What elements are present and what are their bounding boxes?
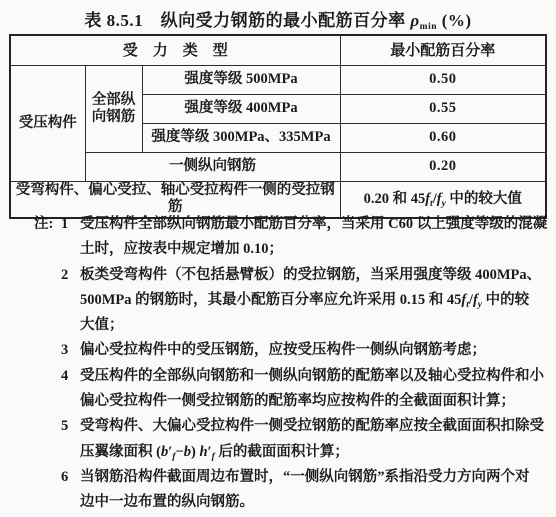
cell-value-400: 0.55 xyxy=(340,95,546,124)
note-item: 1受压构件全部纵向钢筋最小配筋百分率，当采用 C60 以上强度等级的混凝土时，应… xyxy=(61,212,548,263)
note-body: 当钢筋沿构件截面周边布置时，“一侧纵向钢筋”系指沿受力方向两个对边中一边布置的纵… xyxy=(80,465,548,516)
note-number: 6 xyxy=(61,465,80,516)
formula-subscript: min xyxy=(420,22,437,32)
note-item: 4受压构件的全部纵向钢筋和一侧纵向钢筋的配筋率以及轴心受拉构件和小偏心受拉构件一… xyxy=(61,364,548,415)
table-row: 一侧纵向钢筋 0.20 xyxy=(10,153,546,182)
note-line: 偏心受拉构件中的受压钢筋，应按受压构件一侧纵向钢筋考虑； xyxy=(80,338,548,363)
note-line: 大值； xyxy=(80,313,548,338)
text-segment: 受弯构件、大偏心受拉构件一侧受拉钢筋的配筋率应按全截面面积扣除受 xyxy=(80,418,544,434)
text-segment: 中的较 xyxy=(482,292,529,308)
table-title: 表 8.5.1 纵向受力钢筋的最小配筋百分率 ρmin (%) xyxy=(0,6,556,31)
text-segment: (%) xyxy=(437,11,472,30)
header-load-type: 受 力 类 型 xyxy=(10,35,340,66)
table-header-row: 受 力 类 型 最小配筋百分率 xyxy=(10,35,546,66)
text-segment: 板类受弯构件（不包括悬臂板）的受拉钢筋，当采用强度等级 400MPa、 xyxy=(80,267,541,283)
text-segment: ρ xyxy=(410,11,419,30)
note-line: 边中一边布置的纵向钢筋。 xyxy=(80,490,548,515)
text-segment: 大值； xyxy=(80,317,124,333)
note-number: 5 xyxy=(61,414,80,465)
text-segment: 边中一边布置的纵向钢筋。 xyxy=(80,494,254,510)
note-item: 2板类受弯构件（不包括悬臂板）的受拉钢筋，当采用强度等级 400MPa、500M… xyxy=(61,263,548,339)
notes-label: 注: xyxy=(34,212,61,516)
text-segment: 偏心受拉构件一侧受拉钢筋的配筋率均应按构件的全截面面积计算； xyxy=(80,393,515,409)
text-segment: 土时，应按表中规定增加 0.10； xyxy=(80,241,283,257)
text-segment: 当钢筋沿构件截面周边布置时，“一侧纵向钢筋”系指沿受力方向两个对 xyxy=(80,469,530,485)
cell-one-side-longitudinal: 一侧纵向钢筋 xyxy=(85,153,340,182)
note-line: 受压构件的全部纵向钢筋和一侧纵向钢筋的配筋率以及轴心受拉构件和小 xyxy=(80,364,548,389)
text-segment: h xyxy=(199,444,207,460)
cell-all-longitudinal: 全部纵向钢筋 xyxy=(85,66,142,153)
cell-grade-400: 强度等级 400MPa xyxy=(142,95,340,124)
note-body: 受压构件全部纵向钢筋最小配筋百分率，当采用 C60 以上强度等级的混凝土时，应按… xyxy=(80,212,548,263)
text-segment: b xyxy=(184,444,191,460)
text-segment: 偏心受拉构件中的受压钢筋，应按受压构件一侧纵向钢筋考虑； xyxy=(80,342,486,358)
text-segment: 压翼缘面积 ( xyxy=(80,444,161,460)
min-reinforcement-table: 受 力 类 型 最小配筋百分率 受压构件 全部纵向钢筋 强度等级 500MPa … xyxy=(9,34,547,219)
note-body: 受压构件的全部纵向钢筋和一侧纵向钢筋的配筋率以及轴心受拉构件和小偏心受拉构件一侧… xyxy=(80,364,548,415)
cell-value-one-side: 0.20 xyxy=(340,153,546,182)
note-body: 板类受弯构件（不包括悬臂板）的受拉钢筋，当采用强度等级 400MPa、500MP… xyxy=(80,263,548,339)
cell-value-500: 0.50 xyxy=(340,66,546,95)
text-segment: − xyxy=(175,444,183,460)
note-item: 5受弯构件、大偏心受拉构件一侧受拉钢筋的配筋率应按全截面面积扣除受压翼缘面积 (… xyxy=(61,414,548,465)
note-line: 压翼缘面积 (b′f−b) h′f 后的截面面积计算； xyxy=(80,440,548,465)
note-line: 当钢筋沿构件截面周边布置时，“一侧纵向钢筋”系指沿受力方向两个对 xyxy=(80,465,548,490)
text-segment: 表 8.5.1 纵向受力钢筋的最小配筋百分率 xyxy=(84,11,410,30)
cell-grade-500: 强度等级 500MPa xyxy=(142,66,340,95)
scanned-code-page: 表 8.5.1 纵向受力钢筋的最小配筋百分率 ρmin (%) 受 力 类 型 … xyxy=(0,0,556,517)
text-segment: 500MPa 的钢筋时，其最小配筋百分率应允许采用 0.15 和 45 xyxy=(80,292,461,308)
note-number: 3 xyxy=(61,338,80,363)
cell-grade-300-335: 强度等级 300MPa、335MPa xyxy=(142,124,340,153)
note-item: 6当钢筋沿构件截面周边布置时，“一侧纵向钢筋”系指沿受力方向两个对边中一边布置的… xyxy=(61,465,548,516)
note-number: 1 xyxy=(61,212,80,263)
header-min-ratio: 最小配筋百分率 xyxy=(340,35,546,66)
text-segment: 后的截面面积计算； xyxy=(215,444,349,460)
text-segment: 0.20 和 45 xyxy=(364,191,426,207)
note-number: 2 xyxy=(61,263,80,339)
table-row: 受压构件 全部纵向钢筋 强度等级 500MPa 0.50 xyxy=(10,66,546,95)
text-segment: 受压构件全部纵向钢筋最小配筋百分率，当采用 C60 以上强度等级的混凝 xyxy=(80,216,547,232)
note-line: 500MPa 的钢筋时，其最小配筋百分率应允许采用 0.15 和 45ft/fy… xyxy=(80,288,548,313)
text-segment: 受压构件的全部纵向钢筋和一侧纵向钢筋的配筋率以及轴心受拉构件和小 xyxy=(80,368,544,384)
notes-section: 注: 1受压构件全部纵向钢筋最小配筋百分率，当采用 C60 以上强度等级的混凝土… xyxy=(34,212,548,516)
note-line: 板类受弯构件（不包括悬臂板）的受拉钢筋，当采用强度等级 400MPa、 xyxy=(80,263,548,288)
note-line: 土时，应按表中规定增加 0.10； xyxy=(80,237,548,262)
note-body: 偏心受拉构件中的受压钢筋，应按受压构件一侧纵向钢筋考虑； xyxy=(80,338,548,363)
note-body: 受弯构件、大偏心受拉构件一侧受拉钢筋的配筋率应按全截面面积扣除受压翼缘面积 (b… xyxy=(80,414,548,465)
notes-list: 1受压构件全部纵向钢筋最小配筋百分率，当采用 C60 以上强度等级的混凝土时，应… xyxy=(61,212,548,516)
cell-value-300-335: 0.60 xyxy=(340,124,546,153)
note-line: 受压构件全部纵向钢筋最小配筋百分率，当采用 C60 以上强度等级的混凝 xyxy=(80,212,548,237)
note-line: 受弯构件、大偏心受拉构件一侧受拉钢筋的配筋率应按全截面面积扣除受 xyxy=(80,414,548,439)
note-line: 偏心受拉构件一侧受拉钢筋的配筋率均应按构件的全截面面积计算； xyxy=(80,389,548,414)
note-item: 3偏心受拉构件中的受压钢筋，应按受压构件一侧纵向钢筋考虑； xyxy=(61,338,548,363)
text-segment: 中的较大值 xyxy=(446,191,522,207)
note-number: 4 xyxy=(61,364,80,415)
cell-compression-member: 受压构件 xyxy=(10,66,85,182)
